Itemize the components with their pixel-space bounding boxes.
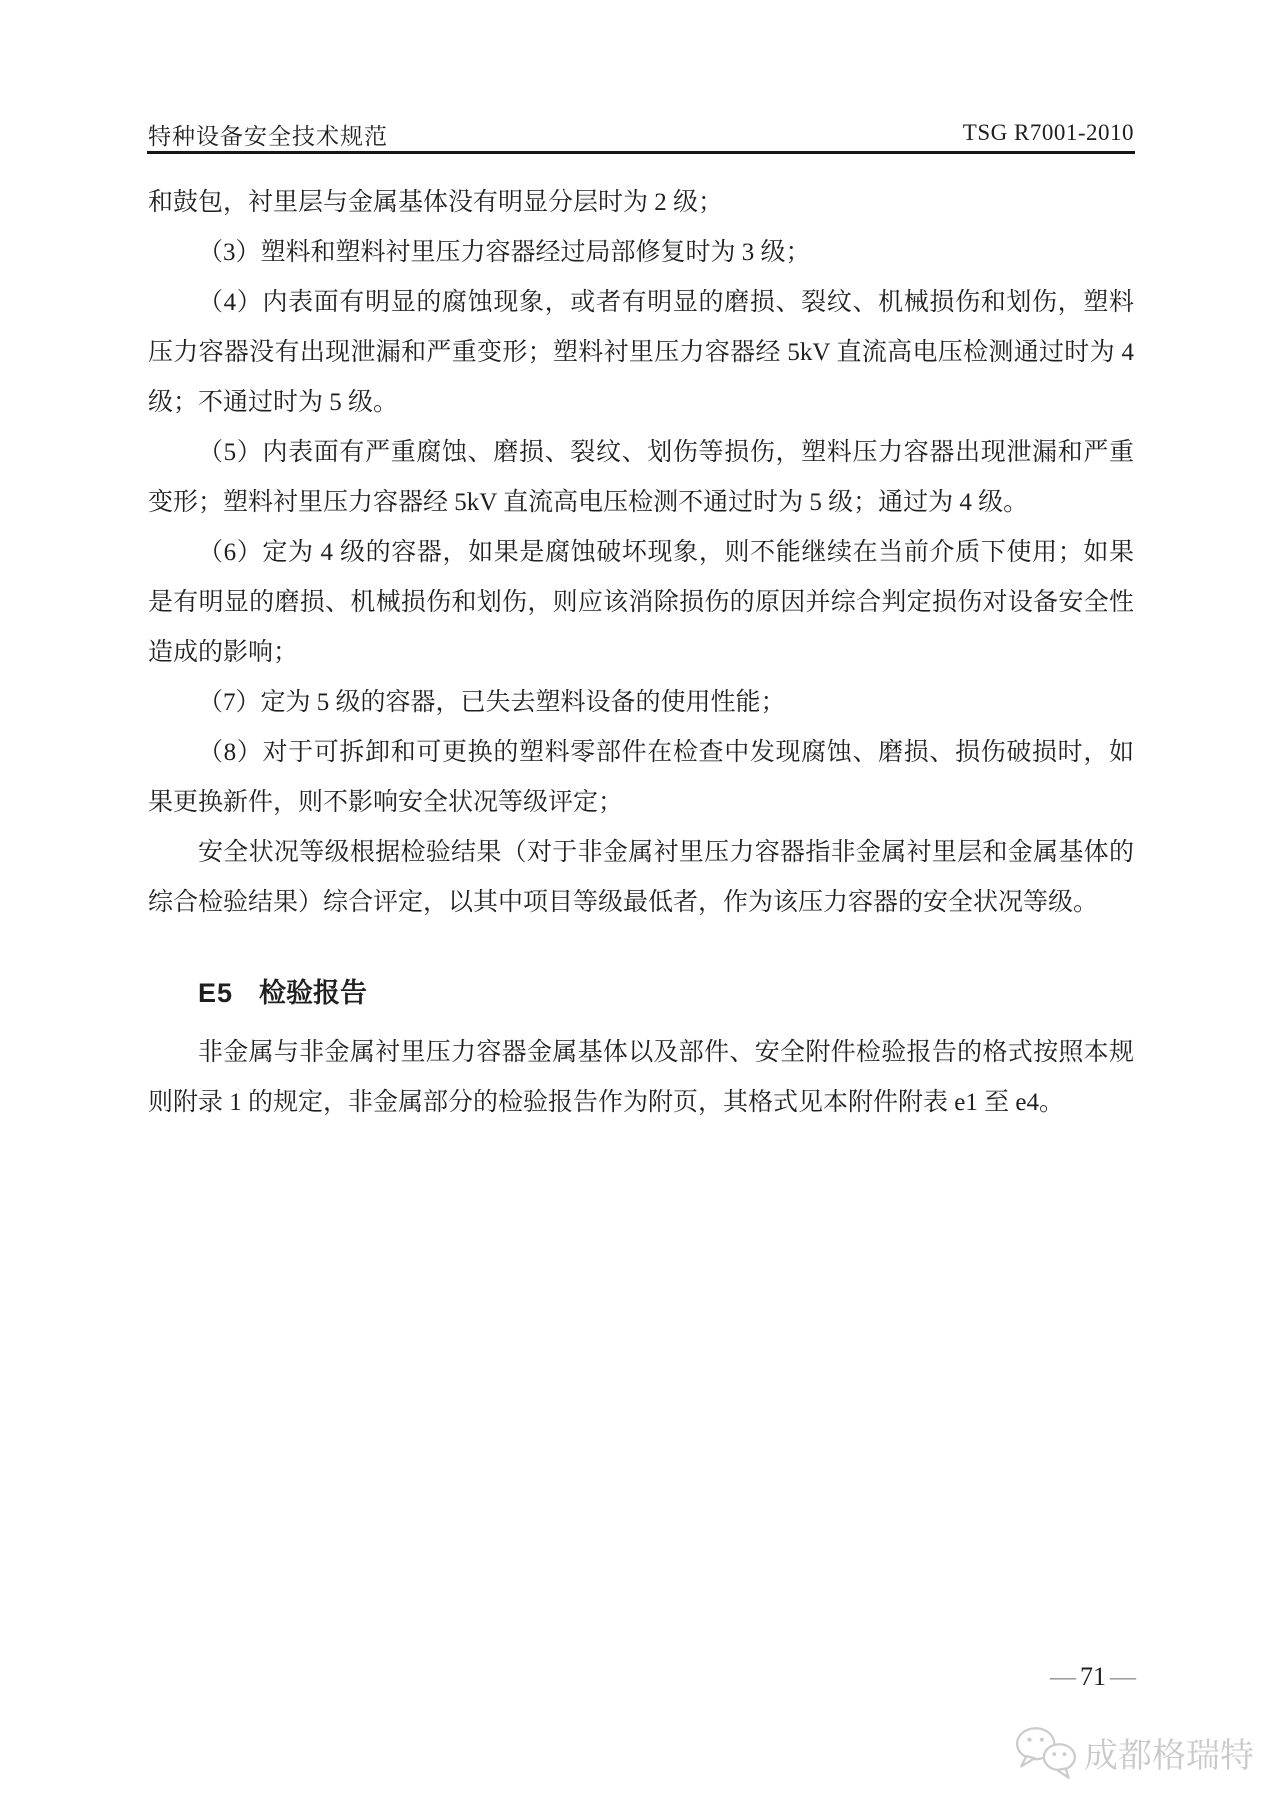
wechat-icon [1014,1724,1080,1780]
brand-name: 成都格瑞特 [1084,1728,1254,1777]
paragraph: （6）定为 4 级的容器，如果是腐蚀破坏现象，则不能继续在当前介质下使用；如果是… [148,528,1134,678]
page-number-value: 71 [1080,1662,1106,1691]
page-number-dash-left: — [1050,1662,1076,1691]
page-number-dash-right: — [1110,1662,1136,1691]
paragraph: 安全状况等级根据检验结果（对于非金属衬里压力容器指非金属衬里层和金属基体的综合检… [148,828,1134,928]
paragraph: （3）塑料和塑料衬里压力容器经过局部修复时为 3 级； [148,228,1134,278]
paragraph: （7）定为 5 级的容器，已失去塑料设备的使用性能； [148,678,1134,728]
section-heading: E5检验报告 [148,973,1134,1013]
document-title: 特种设备安全技术规范 [148,118,388,151]
section-title: 检验报告 [259,978,367,1008]
paragraph: （5）内表面有严重腐蚀、磨损、裂纹、划伤等损伤，塑料压力容器出现泄漏和严重变形；… [148,428,1134,528]
brand-watermark: 成都格瑞特 [1014,1724,1254,1780]
closing-paragraph: 非金属与非金属衬里压力容器金属基体以及部件、安全附件检验报告的格式按照本规则附录… [148,1028,1134,1128]
paragraph: （4）内表面有明显的腐蚀现象，或者有明显的磨损、裂纹、机械损伤和划伤，塑料压力容… [148,278,1134,428]
page-number: —71— [1046,1662,1140,1692]
header-rule [147,151,1135,154]
paragraph: 和鼓包，衬里层与金属基体没有明显分层时为 2 级； [148,178,1134,228]
document-page: 特种设备安全技术规范 TSG R7001-2010 和鼓包，衬里层与金属基体没有… [0,0,1280,1810]
document-body: 和鼓包，衬里层与金属基体没有明显分层时为 2 级； （3）塑料和塑料衬里压力容器… [148,178,1134,1128]
paragraph: （8）对于可拆卸和可更换的塑料零部件在检查中发现腐蚀、磨损、损伤破损时，如果更换… [148,728,1134,828]
section-number: E5 [198,978,233,1008]
document-code: TSG R7001-2010 [963,120,1134,146]
